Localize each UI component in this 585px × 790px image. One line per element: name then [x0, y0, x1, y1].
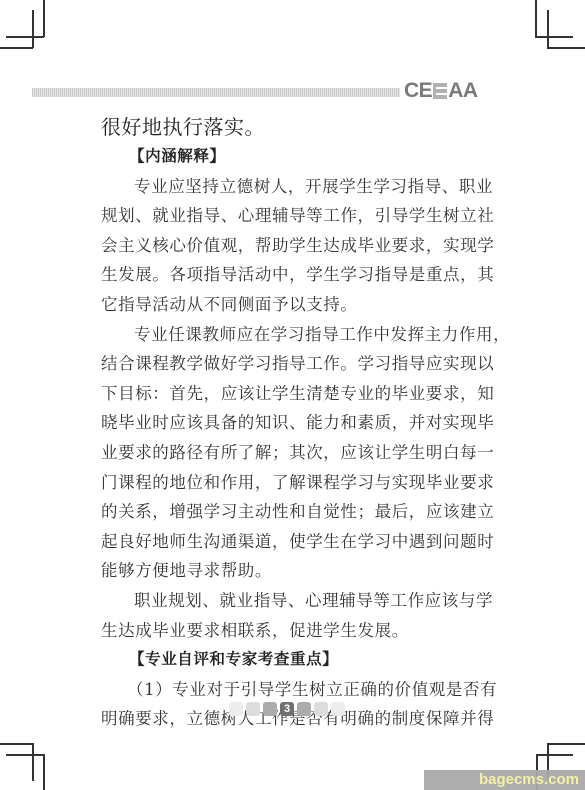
text-line: 它指导活动从不同侧面予以支持。	[101, 290, 485, 320]
page-body: 很好地执行落实。 【内涵解释】 专业应坚持立德树人，开展学生学习指导、职业 规划…	[101, 112, 485, 734]
text-line: 规划、就业指导、心理辅导等工作，引导学生树立社	[101, 201, 485, 231]
pager-block	[229, 702, 243, 716]
text-line: 专业任课教师应在学习指导工作中发挥主力作用，	[101, 320, 485, 350]
pager-block	[246, 702, 260, 716]
pager-block	[297, 702, 311, 716]
page-number: 3	[280, 702, 294, 716]
logo-reversed-e-icon	[433, 83, 447, 99]
paragraph-3: 职业规划、就业指导、心理辅导等工作应该与学 生达成毕业要求相联系，促进学生发展。	[101, 586, 485, 645]
pager-block	[263, 702, 277, 716]
text-line: 生发展。各项指导活动中，学生学习指导是重点，其	[101, 260, 485, 290]
text-line: 会主义核心价值观，帮助学生达成毕业要求，实现学	[101, 231, 485, 261]
pager-block	[314, 702, 328, 716]
text-line: 专业应坚持立德树人，开展学生学习指导、职业	[101, 172, 485, 202]
page-number-strip: 3	[229, 702, 345, 716]
text-line: 能够方便地寻求帮助。	[101, 556, 485, 586]
header-pattern-bar	[32, 88, 400, 97]
text-line: （1）专业对于引导学生树立正确的价值观是否有	[101, 675, 485, 705]
watermark: bagecms.com	[424, 770, 585, 790]
text-line: 职业规划、就业指导、心理辅导等工作应该与学	[101, 586, 485, 616]
text-line: 业要求的路径有所了解；其次，应该让学生明白每一	[101, 438, 485, 468]
paragraph-1: 专业应坚持立德树人，开展学生学习指导、职业 规划、就业指导、心理辅导等工作，引导…	[101, 172, 485, 320]
logo-text-left: CE	[404, 79, 432, 103]
text-line: 生达成毕业要求相联系，促进学生发展。	[101, 616, 485, 646]
text-line: 门课程的地位和作用，了解课程学习与实现毕业要求	[101, 468, 485, 498]
text-line: 的关系，增强学习主动性和自觉性；最后，应该建立	[101, 497, 485, 527]
text-line: 下目标：首先，应该让学生清楚专业的毕业要求，知	[101, 379, 485, 409]
lead-line: 很好地执行落实。	[101, 112, 485, 142]
section-heading-connotation: 【内涵解释】	[101, 142, 485, 172]
text-line: 结合课程教学做好学习指导工作。学习指导应实现以	[101, 349, 485, 379]
text-line: 晓毕业时应该具备的知识、能力和素质，并对实现毕	[101, 408, 485, 438]
pager-block	[331, 702, 345, 716]
section-heading-review-focus: 【专业自评和专家考查重点】	[101, 645, 485, 675]
text-line: 起良好地师生沟通渠道，使学生在学习中遇到问题时	[101, 527, 485, 557]
ceeaa-logo: CE AA	[404, 80, 478, 102]
paragraph-2: 专业任课教师应在学习指导工作中发挥主力作用， 结合课程教学做好学习指导工作。学习…	[101, 320, 485, 586]
logo-text-right: AA	[448, 79, 477, 103]
